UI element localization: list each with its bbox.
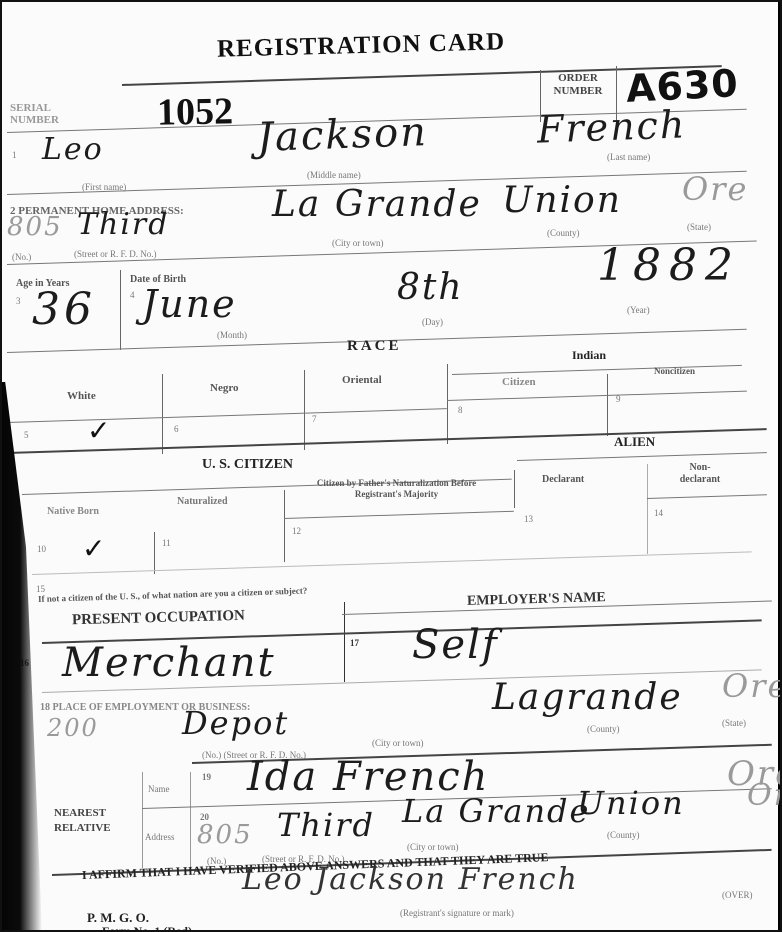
rule [32,551,752,575]
caption: (City or town) [372,738,424,748]
field-number: 9 [616,394,621,404]
nation-question: If not a citizen of the U. S., of what n… [38,586,308,604]
white-checkbox[interactable]: ✓ [87,414,110,447]
field-number: 14 [654,508,663,518]
employment-place-number: 200 [47,714,99,742]
serial-number-label: SERIAL NUMBER [10,102,70,126]
divider [514,470,515,508]
indian-heading: Indian [572,348,606,363]
race-header-citizen: Citizen [502,376,536,388]
birth-year: 1882 [597,240,741,291]
last-name-value: French [536,102,687,151]
birth-month: June [142,282,237,326]
race-heading: RACE [347,338,402,355]
field-number: 19 [202,772,211,782]
caption: (State) [687,222,711,232]
divider [162,374,163,454]
field-number: 13 [524,514,533,524]
relative-address-label: Address [145,832,175,842]
occupation-heading: PRESENT OCCUPATION [72,608,245,630]
field-number: 1 [12,150,17,160]
occupation-value: Merchant [62,640,276,686]
divider [607,374,608,436]
alien-header-nondeclarant: Non-declarant [670,462,730,486]
last-name-caption: (Last name) [607,152,650,162]
signature-caption: (Registrant's signature or mark) [400,908,514,918]
order-number-label: ORDER NUMBER [547,72,609,98]
field-number: 7 [312,414,317,424]
relative-address-county: Union [577,784,685,822]
caption: (No.) [12,252,31,262]
field-number: 10 [37,544,46,554]
age-value: 36 [32,284,96,335]
employment-place-state: Ore [722,667,782,705]
citizen-header-native: Native Born [47,506,99,517]
rule [647,494,767,499]
employment-place-street: Depot [182,704,289,742]
caption: (Month) [217,330,247,340]
employer-value: Self [412,622,499,668]
caption: (State) [722,718,746,728]
card-title: REGISTRATION CARD [217,28,506,64]
caption: (Street or R. F. D. No.) [74,249,157,259]
rule [284,511,514,519]
divider [447,364,448,444]
alien-heading: ALIEN [614,434,655,450]
native-born-checkbox[interactable]: ✓ [82,532,105,565]
us-citizen-heading: U. S. CITIZEN [202,457,293,473]
divider [647,464,648,554]
over-label: (OVER) [722,890,753,900]
home-address-number: 805 [7,212,63,242]
rule [7,408,447,423]
race-header-negro: Negro [210,382,239,394]
relative-name-label: Name [148,784,170,794]
race-header-oriental: Oriental [342,374,382,386]
divider [284,490,285,562]
relative-address-city: La Grande [402,792,590,830]
form-number-label: Form No. 1 (Red) [102,924,192,932]
race-header-noncitizen: Noncitizen [654,366,695,376]
employment-place-county: Lagrande [492,677,683,718]
nearest-relative-label: NEAREST RELATIVE [54,806,134,836]
citizen-header-by-father: Citizen by Father's Naturalization Befor… [294,478,499,500]
divider [142,772,143,868]
divider [154,532,155,574]
registration-card: REGISTRATION CARD SERIAL NUMBER 1052 ORD… [2,2,778,930]
registrant-signature: Leo Jackson French [242,862,579,897]
rule [517,452,767,461]
rule [452,365,742,375]
home-address-street: Third [77,207,169,242]
divider [120,270,121,350]
middle-name-value: Jackson [256,109,428,161]
divider [304,370,305,450]
caption: (County) [547,228,580,238]
field-number: 4 [130,290,135,300]
field-number: 8 [458,405,463,415]
rule [447,391,747,401]
relative-address-number: 805 [197,820,253,850]
caption: (City or town) [407,842,459,852]
home-address-city: La Grande [272,184,482,225]
relative-address-state: Ore [747,778,782,813]
relative-address-street: Third [277,806,375,844]
field-number: 6 [174,424,179,434]
middle-name-caption: (Middle name) [307,170,361,180]
field-number: 15 [36,584,45,594]
caption: (Year) [627,305,650,315]
field-number: 3 [16,296,21,306]
field-number: 11 [162,538,171,548]
citizen-header-naturalized: Naturalized [177,496,228,507]
birth-day: 8th [397,267,464,308]
caption: (County) [607,830,640,840]
divider [190,772,191,868]
field-number: 5 [24,430,29,440]
first-name-value: Leo [42,132,104,167]
caption: (Day) [422,317,443,327]
field-number: 12 [292,526,301,536]
race-header-white: White [67,390,96,402]
caption: (County) [587,724,620,734]
alien-header-declarant: Declarant [542,474,584,485]
document-frame: REGISTRATION CARD SERIAL NUMBER 1052 ORD… [0,0,782,932]
home-address-county: Union [502,180,622,221]
field-number: 17 [350,638,359,648]
home-address-state: Ore [682,170,748,208]
caption: (City or town) [332,238,384,248]
